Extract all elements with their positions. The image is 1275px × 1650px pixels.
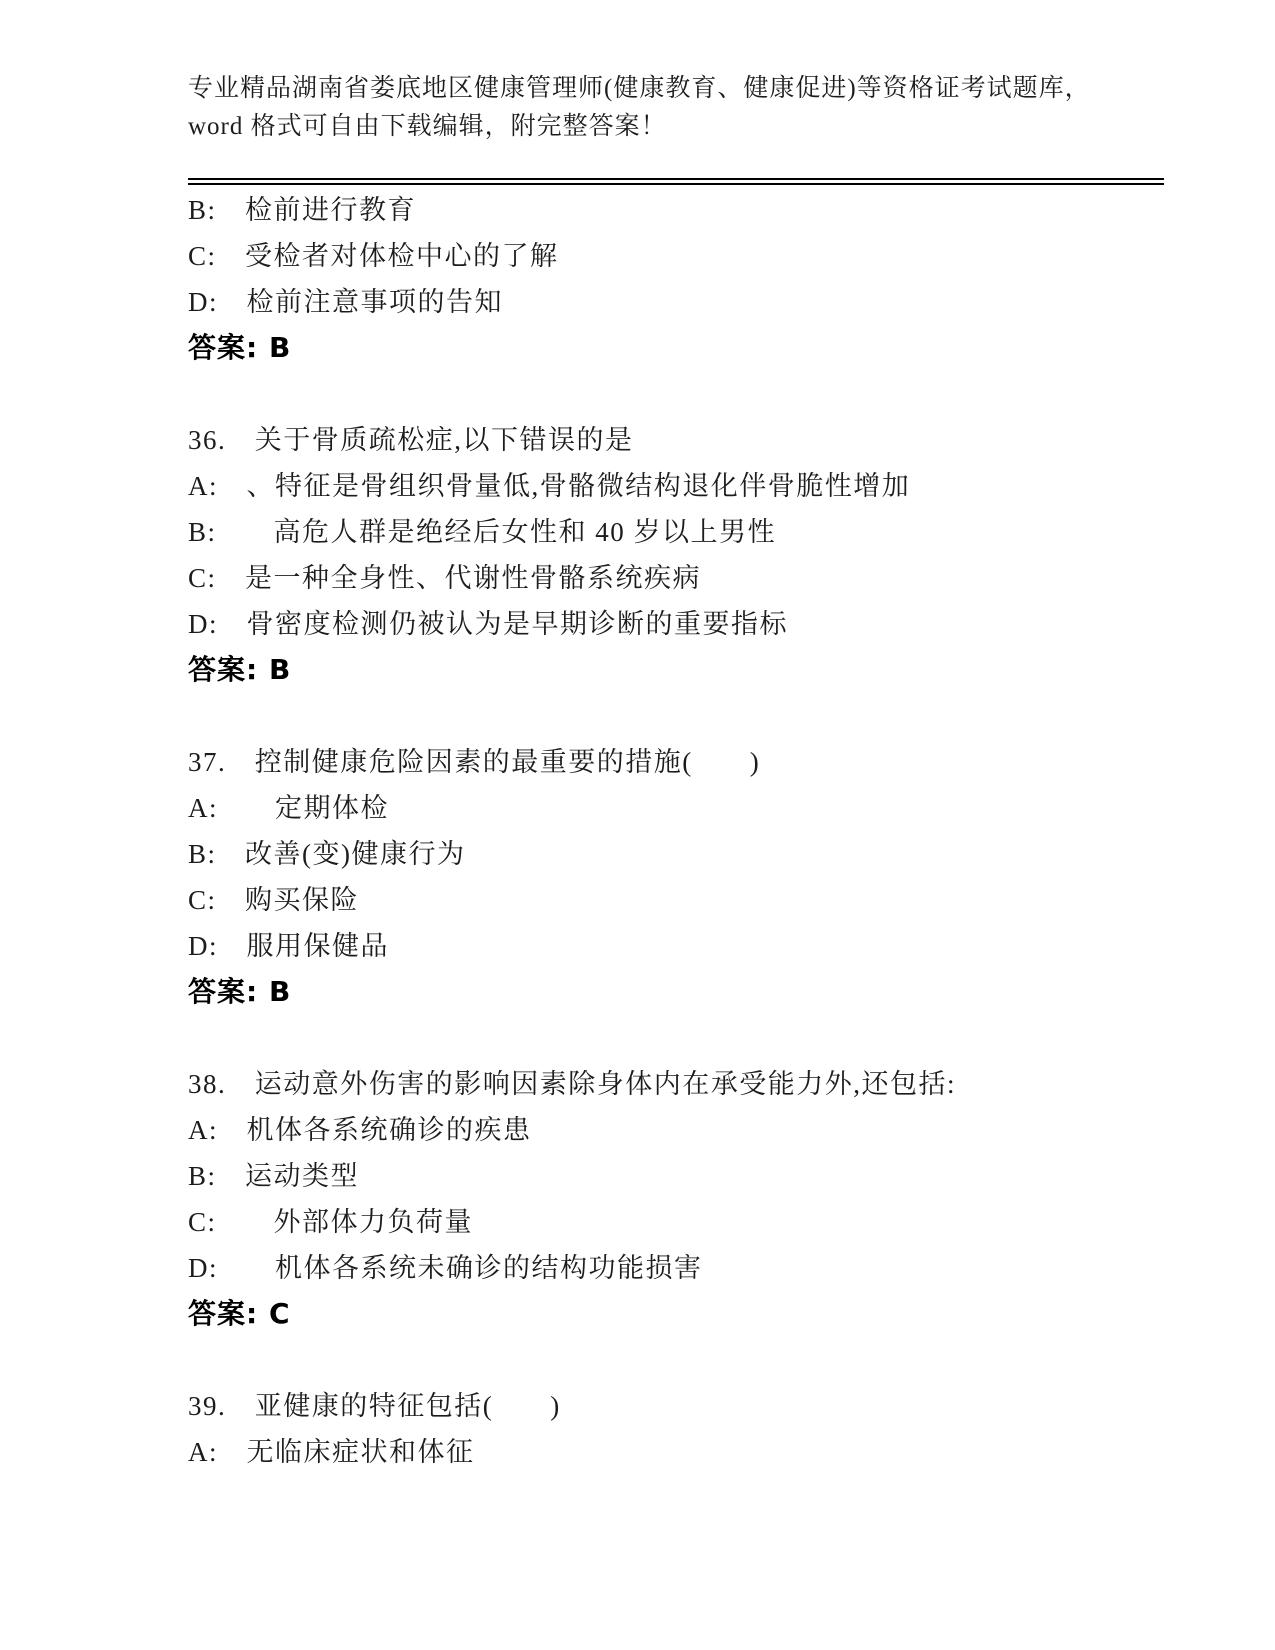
- header-line-2: word 格式可自由下载编辑，附完整答案！: [188, 108, 1165, 146]
- option-line: D: 骨密度检测仍被认为是早期诊断的重要指标: [188, 601, 1165, 647]
- question-block-35-continued: B: 检前进行教育 C: 受检者对体检中心的了解 D: 检前注意事项的告知 答案…: [188, 187, 1165, 371]
- option-line: B: 运动类型: [188, 1153, 1165, 1199]
- answer-line: 答案: B: [188, 325, 1165, 371]
- option-line: D: 检前注意事项的告知: [188, 279, 1165, 325]
- question-block-36: 36. 关于骨质疏松症,以下错误的是 A: 、特征是骨组织骨量低,骨骼微结构退化…: [188, 417, 1165, 693]
- option-line: D: 服用保健品: [188, 923, 1165, 969]
- option-line: C: 是一种全身性、代谢性骨骼系统疾病: [188, 555, 1165, 601]
- question-block-37: 37. 控制健康危险因素的最重要的措施( ) A: 定期体检 B: 改善(变)健…: [188, 739, 1165, 1015]
- answer-line: 答案: B: [188, 969, 1165, 1015]
- option-line: B: 检前进行教育: [188, 187, 1165, 233]
- header-line-1: 专业精品湖南省娄底地区健康管理师(健康教育、健康促进)等资格证考试题库，: [188, 70, 1165, 108]
- option-line: A: 机体各系统确诊的疾患: [188, 1107, 1165, 1153]
- header-divider: [188, 178, 1164, 185]
- question-line: 37. 控制健康危险因素的最重要的措施( ): [188, 739, 1165, 785]
- document-header: 专业精品湖南省娄底地区健康管理师(健康教育、健康促进)等资格证考试题库， wor…: [188, 70, 1165, 146]
- document-body: B: 检前进行教育 C: 受检者对体检中心的了解 D: 检前注意事项的告知 答案…: [188, 187, 1165, 1475]
- option-line: B: 高危人群是绝经后女性和 40 岁以上男性: [188, 509, 1165, 555]
- option-line: C: 受检者对体检中心的了解: [188, 233, 1165, 279]
- page-margin-area: 专业精品湖南省娄底地区健康管理师(健康教育、健康促进)等资格证考试题库， wor…: [0, 0, 1275, 1475]
- option-line: A: 定期体检: [188, 785, 1165, 831]
- option-line: A: 无临床症状和体征: [188, 1429, 1165, 1475]
- option-line: D: 机体各系统未确诊的结构功能损害: [188, 1245, 1165, 1291]
- option-line: B: 改善(变)健康行为: [188, 831, 1165, 877]
- answer-line: 答案: B: [188, 647, 1165, 693]
- question-line: 38. 运动意外伤害的影响因素除身体内在承受能力外,还包括:: [188, 1061, 1165, 1107]
- question-line: 36. 关于骨质疏松症,以下错误的是: [188, 417, 1165, 463]
- option-line: A: 、特征是骨组织骨量低,骨骼微结构退化伴骨脆性增加: [188, 463, 1165, 509]
- document-page: 专业精品湖南省娄底地区健康管理师(健康教育、健康促进)等资格证考试题库， wor…: [0, 0, 1275, 1650]
- option-line: C: 购买保险: [188, 877, 1165, 923]
- question-line: 39. 亚健康的特征包括( ): [188, 1383, 1165, 1429]
- question-block-38: 38. 运动意外伤害的影响因素除身体内在承受能力外,还包括: A: 机体各系统确…: [188, 1061, 1165, 1337]
- question-block-39: 39. 亚健康的特征包括( ) A: 无临床症状和体征: [188, 1383, 1165, 1475]
- option-line: C: 外部体力负荷量: [188, 1199, 1165, 1245]
- answer-line: 答案: C: [188, 1291, 1165, 1337]
